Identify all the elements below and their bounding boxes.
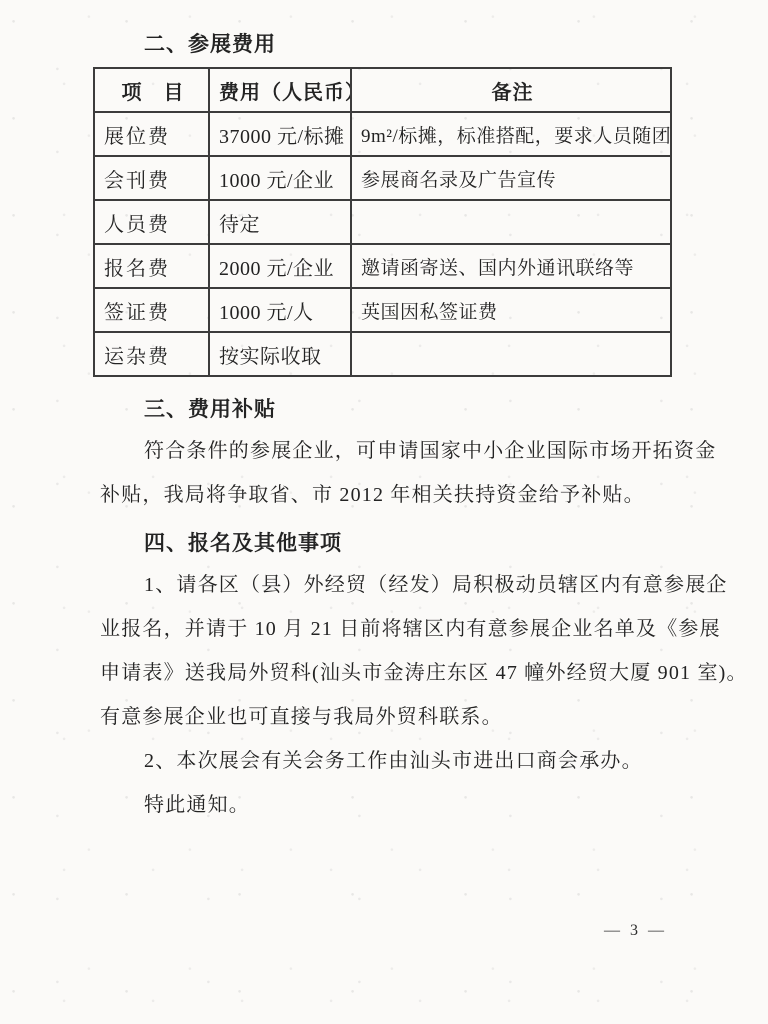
freight-item: 运杂费	[94, 332, 209, 376]
registration-para-line-1: 1、请各区（县）外经贸（经发）局积极动员辖区内有意参展企	[100, 563, 712, 607]
organizer-paragraph: 2、本次展会有关会务工作由汕头市进出口商会承办。	[100, 739, 712, 783]
fee-table-header-row: 项 目 费用（人民币） 备注	[94, 68, 671, 112]
booth-remark: 9m²/标摊，标准搭配，要求人员随团	[351, 112, 671, 156]
fee-row-visa: 签证费 1000 元/人 英国因私签证费	[94, 288, 671, 332]
fee-row-catalog: 会刊费 1000 元/企业 参展商名录及广告宣传	[94, 156, 671, 200]
registration-para-line-2: 业报名，并请于 10 月 21 日前将辖区内有意参展企业名单及《参展	[100, 607, 712, 651]
fee-table: 项 目 费用（人民币） 备注 展位费 37000 元/标摊 9m²/标摊，标准搭…	[93, 67, 672, 377]
personnel-fee: 待定	[209, 200, 351, 244]
fee-row-freight: 运杂费 按实际收取	[94, 332, 671, 376]
registration-para-line-3: 申请表》送我局外贸科(汕头市金涛庄东区 47 幢外经贸大厦 901 室)。	[100, 651, 712, 695]
page-number: — 3 —	[604, 922, 667, 940]
header-fee: 费用（人民币）	[209, 68, 351, 112]
registration-fee: 2000 元/企业	[209, 244, 351, 288]
scanned-notice-page: 二、参展费用 项 目 费用（人民币） 备注 展位费 37000 元/标摊 9m²…	[0, 0, 768, 1024]
registration-para-line-4: 有意参展企业也可直接与我局外贸科联系。	[100, 695, 712, 739]
registration-item: 报名费	[94, 244, 209, 288]
personnel-item: 人员费	[94, 200, 209, 244]
catalog-item: 会刊费	[94, 156, 209, 200]
fee-row-booth: 展位费 37000 元/标摊 9m²/标摊，标准搭配，要求人员随团	[94, 112, 671, 156]
visa-fee: 1000 元/人	[209, 288, 351, 332]
subsidy-paragraph-line-2: 补贴，我局将争取省、市 2012 年相关扶持资金给予补贴。	[100, 473, 712, 517]
section-2-heading: 二、参展费用	[144, 28, 768, 60]
freight-fee: 按实际收取	[209, 332, 351, 376]
fee-row-personnel: 人员费 待定	[94, 200, 671, 244]
freight-remark	[351, 332, 671, 376]
page-content: 二、参展费用 项 目 费用（人民币） 备注 展位费 37000 元/标摊 9m²…	[0, 0, 768, 827]
catalog-remark: 参展商名录及广告宣传	[351, 156, 671, 200]
visa-remark: 英国因私签证费	[351, 288, 671, 332]
section-3-heading: 三、费用补贴	[144, 393, 768, 425]
subsidy-paragraph-line-1: 符合条件的参展企业，可申请国家中小企业国际市场开拓资金	[100, 429, 712, 473]
visa-item: 签证费	[94, 288, 209, 332]
booth-item: 展位费	[94, 112, 209, 156]
fee-row-registration: 报名费 2000 元/企业 邀请函寄送、国内外通讯联络等	[94, 244, 671, 288]
closing-line: 特此通知。	[100, 783, 712, 827]
section-4-heading: 四、报名及其他事项	[144, 527, 768, 559]
registration-remark: 邀请函寄送、国内外通讯联络等	[351, 244, 671, 288]
header-remark: 备注	[351, 68, 671, 112]
catalog-fee: 1000 元/企业	[209, 156, 351, 200]
booth-fee: 37000 元/标摊	[209, 112, 351, 156]
header-item: 项 目	[94, 68, 209, 112]
personnel-remark	[351, 200, 671, 244]
